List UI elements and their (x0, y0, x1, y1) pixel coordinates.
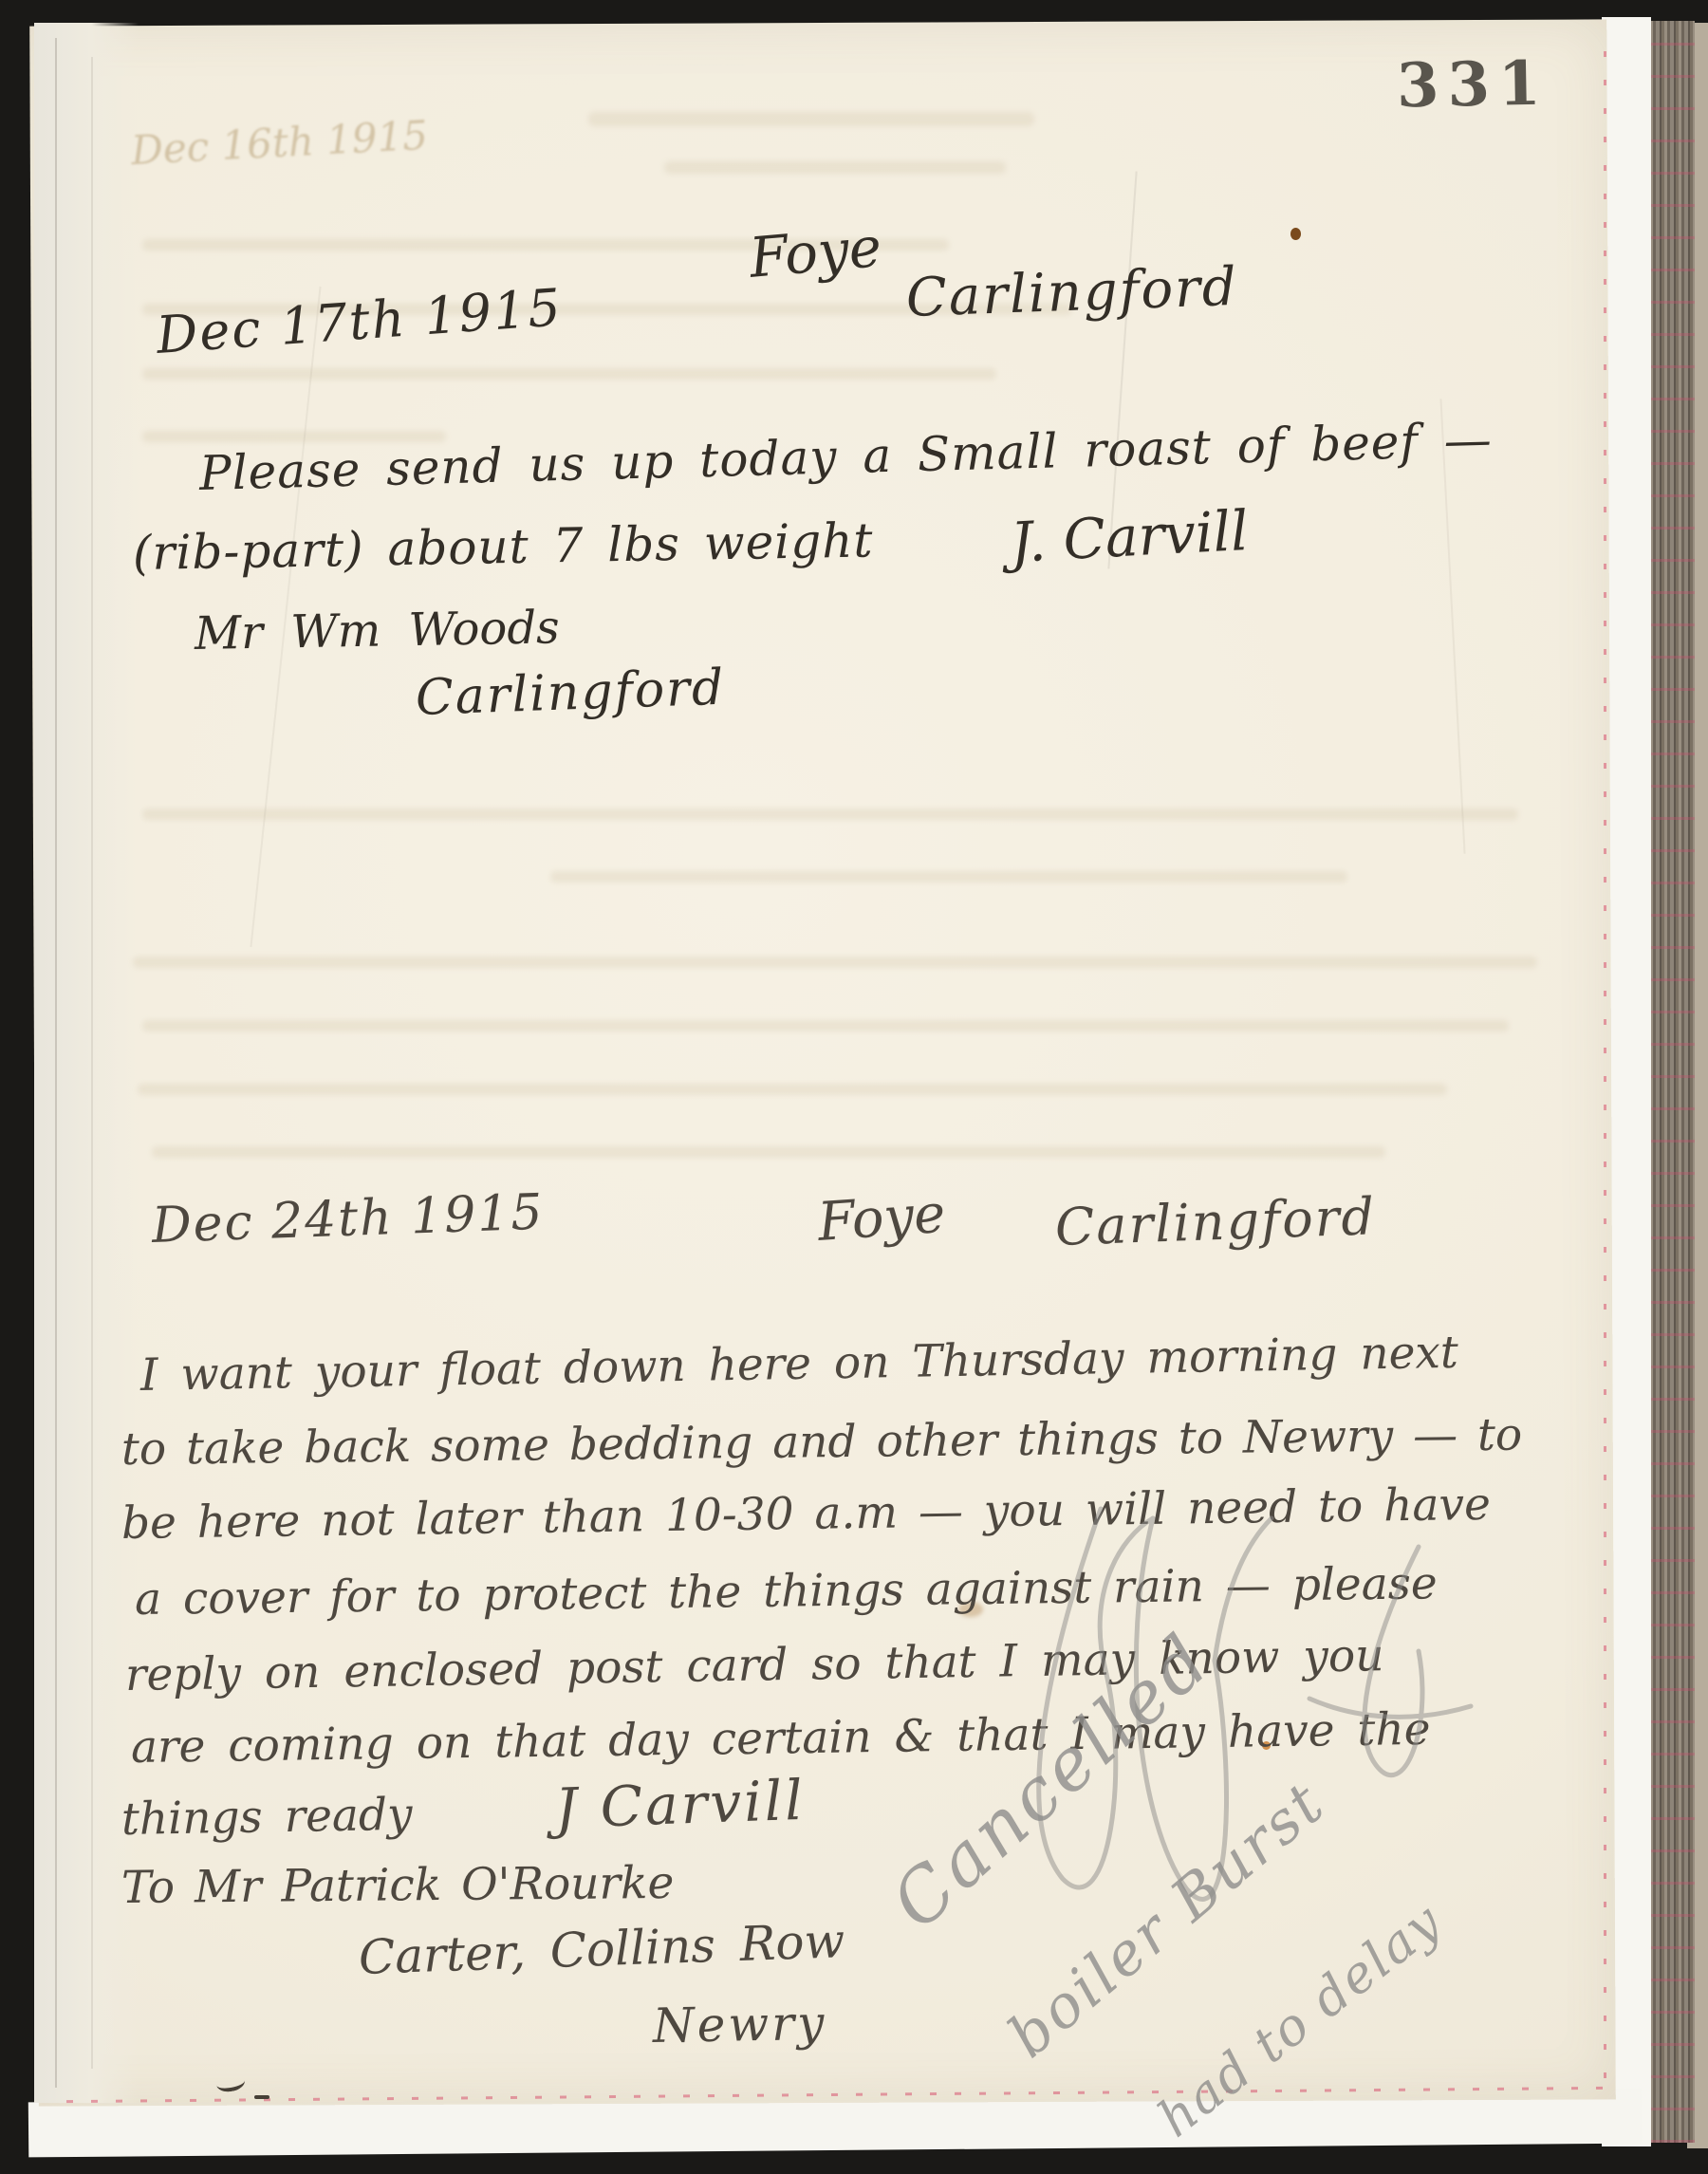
crease-line (55, 38, 57, 2088)
crease-line (91, 57, 93, 2069)
ghost-bleedthrough-line (142, 368, 996, 380)
page-edge-stack (1647, 21, 1695, 2143)
letter1-recipient-name: Mr Wm Woods (195, 601, 561, 660)
ghost-bleedthrough-line (152, 1146, 1385, 1158)
ghost-bleedthrough-line (142, 1020, 1509, 1031)
letter2-signature: J Carvill (554, 1768, 807, 1841)
ghost-bleedthrough-line (142, 808, 1518, 820)
ink-flourish (254, 2095, 269, 2099)
ghost-bleedthrough-line (138, 1084, 1447, 1095)
scanned-letter-book-page: Dec 16th 1915 331 Foye Carlingford Dec 1… (0, 0, 1708, 2174)
letter2-town: Carlingford (1054, 1186, 1377, 1257)
stain-fleck (1290, 228, 1301, 240)
ghost-bleedthrough-line (664, 161, 1006, 174)
ghost-bleedthrough-line (588, 112, 1034, 126)
ghost-bleedthrough-line (133, 957, 1537, 968)
letter1-place: Foye (747, 214, 883, 290)
letter2-recipient-line: To Mr Patrick O'Rourke (121, 1857, 675, 1914)
letter1-town: Carlingford (905, 256, 1239, 329)
binding-gutter-shading (34, 23, 139, 2103)
ghost-bleedthrough-line (550, 871, 1347, 883)
letter1-signature: J. Carvill (1009, 498, 1250, 575)
letter2-recipient-line: Newry (652, 1996, 826, 2053)
letter2-place: Foye (816, 1183, 948, 1254)
red-fore-edge-stain (1604, 38, 1606, 2078)
page-number-stamp: 331 (1396, 48, 1550, 122)
letter1-recipient-town: Carlingford (415, 660, 726, 727)
letter2-body-line: things ready (121, 1789, 413, 1846)
